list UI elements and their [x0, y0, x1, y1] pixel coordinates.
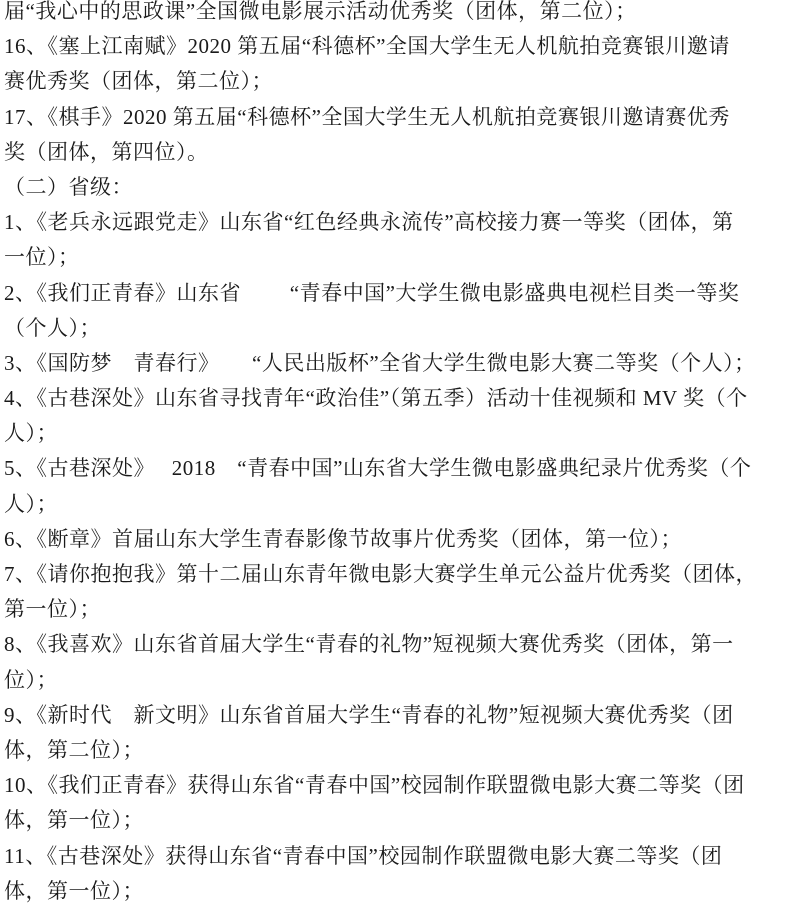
- document-line: 2、《我们正青春》山东省 “青春中国”大学生微电影盛典电视栏目类一等奖: [4, 276, 762, 311]
- document-line: 8、《我喜欢》山东省首届大学生“青春的礼物”短视频大赛优秀奖（团体，第一: [4, 627, 762, 662]
- document-line: 6、《断章》首届山东大学生青春影像节故事片优秀奖（团体，第一位）；: [4, 522, 762, 557]
- document-line: 10、《我们正青春》获得山东省“青春中国”校园制作联盟微电影大赛二等奖（团: [4, 768, 762, 803]
- document-line: 奖（团体，第四位）。: [4, 135, 762, 170]
- document-line: 3、《国防梦 青春行》 “人民出版杯”全省大学生微电影大赛二等奖（个人）；: [4, 346, 762, 381]
- document-line: 人）；: [4, 416, 762, 451]
- document-line: 第一位）；: [4, 592, 762, 627]
- document-line: 11、《古巷深处》获得山东省“青春中国”校园制作联盟微电影大赛二等奖（团: [4, 839, 762, 874]
- document-line: 一位）；: [4, 240, 762, 275]
- document-line: 体，第一位）；: [4, 803, 762, 838]
- document-line: 7、《请你抱抱我》第十二届山东青年微电影大赛学生单元公益片优秀奖（团体，: [4, 557, 762, 592]
- document-line: 5、《古巷深处》 2018 “青春中国”山东省大学生微电影盛典纪录片优秀奖（个: [4, 451, 762, 486]
- document-section-heading: （二）省级：: [4, 170, 762, 205]
- document-page: 届“我心中的思政课”全国微电影展示活动优秀奖（团体，第二位）； 16、《塞上江南…: [0, 0, 800, 916]
- document-line: 4、《古巷深处》山东省寻找青年“政治佳”（第五季）活动十佳视频和 MV 奖（个: [4, 381, 762, 416]
- document-line: 16、《塞上江南赋》2020 第五届“科德杯”全国大学生无人机航拍竞赛银川邀请: [4, 29, 762, 64]
- document-text-block: 届“我心中的思政课”全国微电影展示活动优秀奖（团体，第二位）； 16、《塞上江南…: [4, 0, 762, 909]
- document-line: 体，第一位）；: [4, 874, 762, 909]
- document-line: 17、《棋手》2020 第五届“科德杯”全国大学生无人机航拍竞赛银川邀请赛优秀: [4, 100, 762, 135]
- document-line: 体，第二位）；: [4, 733, 762, 768]
- document-line: （个人）；: [4, 311, 762, 346]
- document-line: 9、《新时代 新文明》山东省首届大学生“青春的礼物”短视频大赛优秀奖（团: [4, 698, 762, 733]
- document-line: 1、《老兵永远跟党走》山东省“红色经典永流传”高校接力赛一等奖（团体，第: [4, 205, 762, 240]
- document-line: 人）；: [4, 487, 762, 522]
- document-line: 赛优秀奖（团体，第二位）；: [4, 64, 762, 99]
- document-line: 届“我心中的思政课”全国微电影展示活动优秀奖（团体，第二位）；: [4, 0, 762, 29]
- document-line: 位）；: [4, 663, 762, 698]
